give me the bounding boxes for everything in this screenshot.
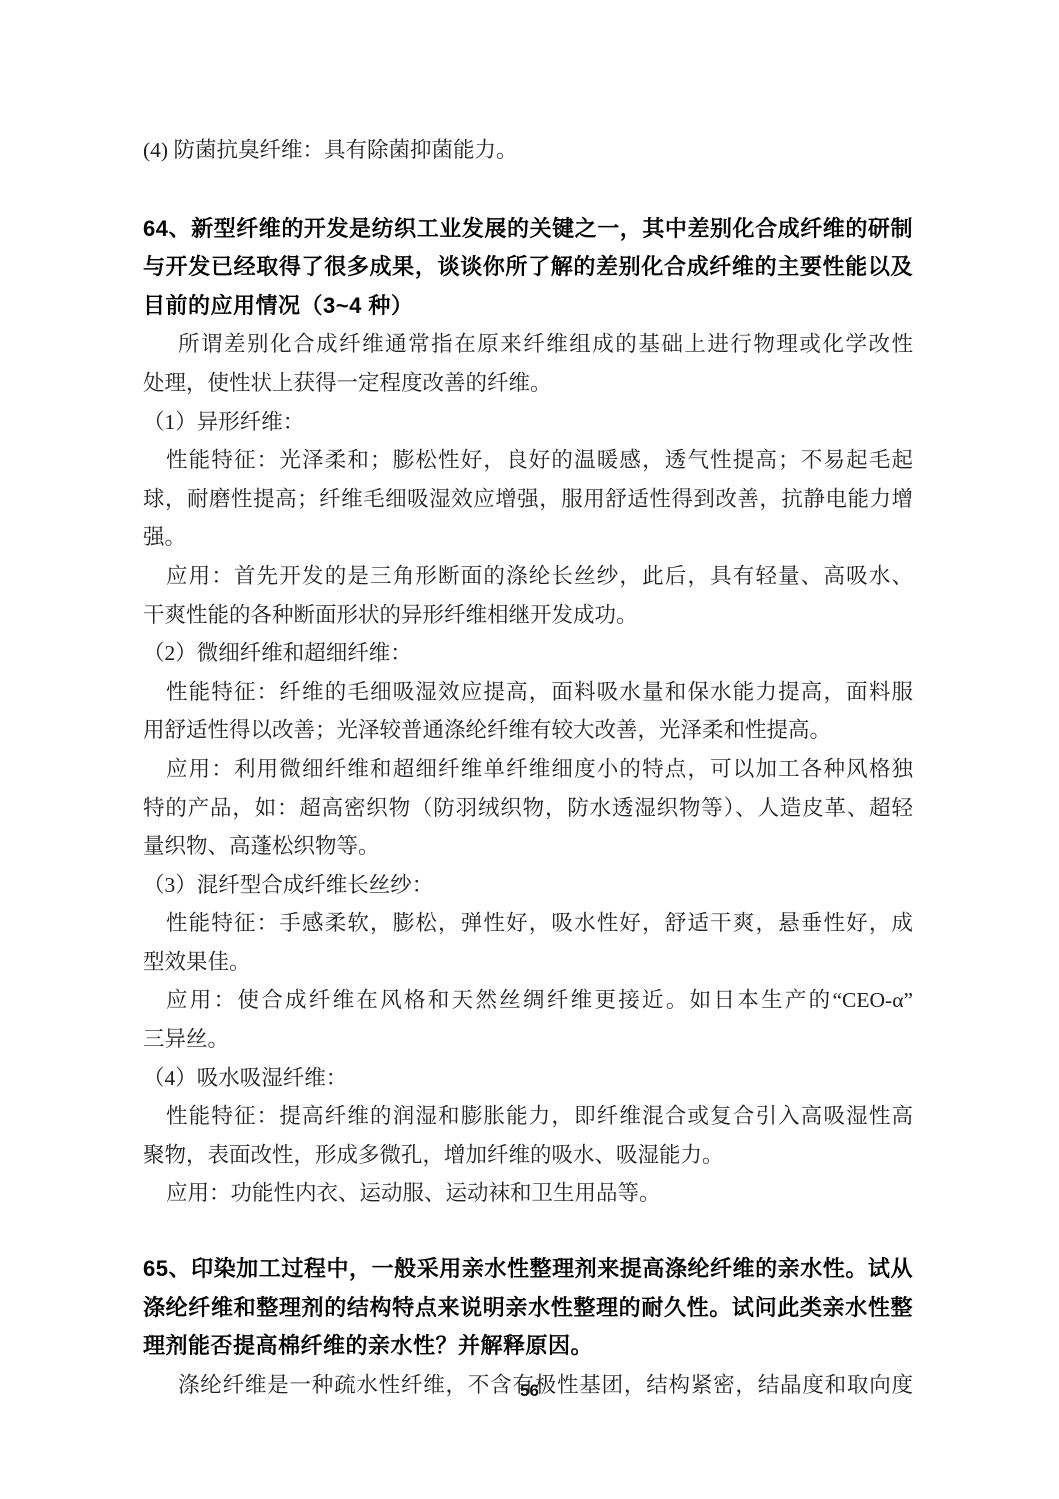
page-content: (4) 防菌抗臭纤维：具有除菌抑菌能力。 64、新型纤维的开发是纺织工业发展的关… (0, 0, 1059, 1404)
text-line: 所谓差别化合成纤维通常指在原来纤维组成的基础上进行物理或化学改性 (143, 325, 913, 364)
text-line: 三异丝。 (143, 1020, 913, 1059)
text-line: 应用：功能性内衣、运动服、运动袜和卫生用品等。 (143, 1174, 913, 1213)
text-line: 处理，使性状上获得一定程度改善的纤维。 (143, 364, 913, 403)
question-heading-line: 理剂能否提高棉纤维的亲水性？并解释原因。 (143, 1327, 913, 1366)
text-line: (4) 防菌抗臭纤维：具有除菌抑菌能力。 (143, 131, 913, 170)
text-line: （3）混纤型合成纤维长丝纱： (143, 866, 913, 905)
text-line: 应用：使合成纤维在风格和天然丝绸纤维更接近。如日本生产的“CEO-α” (143, 981, 913, 1020)
text-line: 聚物，表面改性，形成多微孔，增加纤维的吸水、吸湿能力。 (143, 1136, 913, 1175)
text-line: 应用：首先开发的是三角形断面的涤纶长丝纱，此后，具有轻量、高吸水、 (143, 557, 913, 596)
text-line: （4）吸水吸湿纤维： (143, 1059, 913, 1098)
text-line: （1）异形纤维： (143, 403, 913, 442)
question-64-answer: 所谓差别化合成纤维通常指在原来纤维组成的基础上进行物理或化学改性 处理，使性状上… (143, 325, 913, 1213)
text-line: 强。 (143, 518, 913, 557)
text-line: 性能特征：手感柔软，膨松，弹性好，吸水性好，舒适干爽，悬垂性好，成 (143, 904, 913, 943)
document-page: (4) 防菌抗臭纤维：具有除菌抑菌能力。 64、新型纤维的开发是纺织工业发展的关… (0, 0, 1059, 1499)
text-line: 球，耐磨性提高；纤维毛细吸湿效应增强，服用舒适性得到改善，抗静电能力增 (143, 480, 913, 519)
question-64-heading: 64、新型纤维的开发是纺织工业发展的关键之一，其中差别化合成纤维的研制 与开发已… (143, 210, 913, 326)
text-line: 性能特征：光泽柔和；膨松性好，良好的温暖感，透气性提高；不易起毛起 (143, 441, 913, 480)
question-heading-line: 目前的应用情况（3~4 种） (143, 287, 913, 326)
question-heading-line: 涤纶纤维和整理剂的结构特点来说明亲水性整理的耐久性。试问此类亲水性整 (143, 1289, 913, 1328)
text-line: 应用：利用微细纤维和超细纤维单纤维细度小的特点，可以加工各种风格独 (143, 750, 913, 789)
question-65-heading: 65、印染加工过程中，一般采用亲水性整理剂来提高涤纶纤维的亲水性。试从 涤纶纤维… (143, 1250, 913, 1366)
text-line: 量织物、高蓬松织物等。 (143, 827, 913, 866)
question-heading-line: 64、新型纤维的开发是纺织工业发展的关键之一，其中差别化合成纤维的研制 (143, 210, 913, 249)
page-number: 56 (0, 1381, 1059, 1401)
text-line: 用舒适性得以改善；光泽较普通涤纶纤维有较大改善，光泽柔和性提高。 (143, 711, 913, 750)
text-line: 型效果佳。 (143, 943, 913, 982)
text-line: （2）微细纤维和超细纤维： (143, 634, 913, 673)
text-line: 性能特征：纤维的毛细吸湿效应提高，面料吸水量和保水能力提高，面料服 (143, 673, 913, 712)
text-line: 特的产品，如：超高密织物（防羽绒织物，防水透湿织物等）、人造皮革、超轻 (143, 789, 913, 828)
question-heading-line: 与开发已经取得了很多成果，谈谈你所了解的差别化合成纤维的主要性能以及 (143, 248, 913, 287)
text-line: 性能特征：提高纤维的润湿和膨胀能力，即纤维混合或复合引入高吸湿性高 (143, 1097, 913, 1136)
question-heading-line: 65、印染加工过程中，一般采用亲水性整理剂来提高涤纶纤维的亲水性。试从 (143, 1250, 913, 1289)
text-line: 干爽性能的各种断面形状的异形纤维相继开发成功。 (143, 596, 913, 635)
